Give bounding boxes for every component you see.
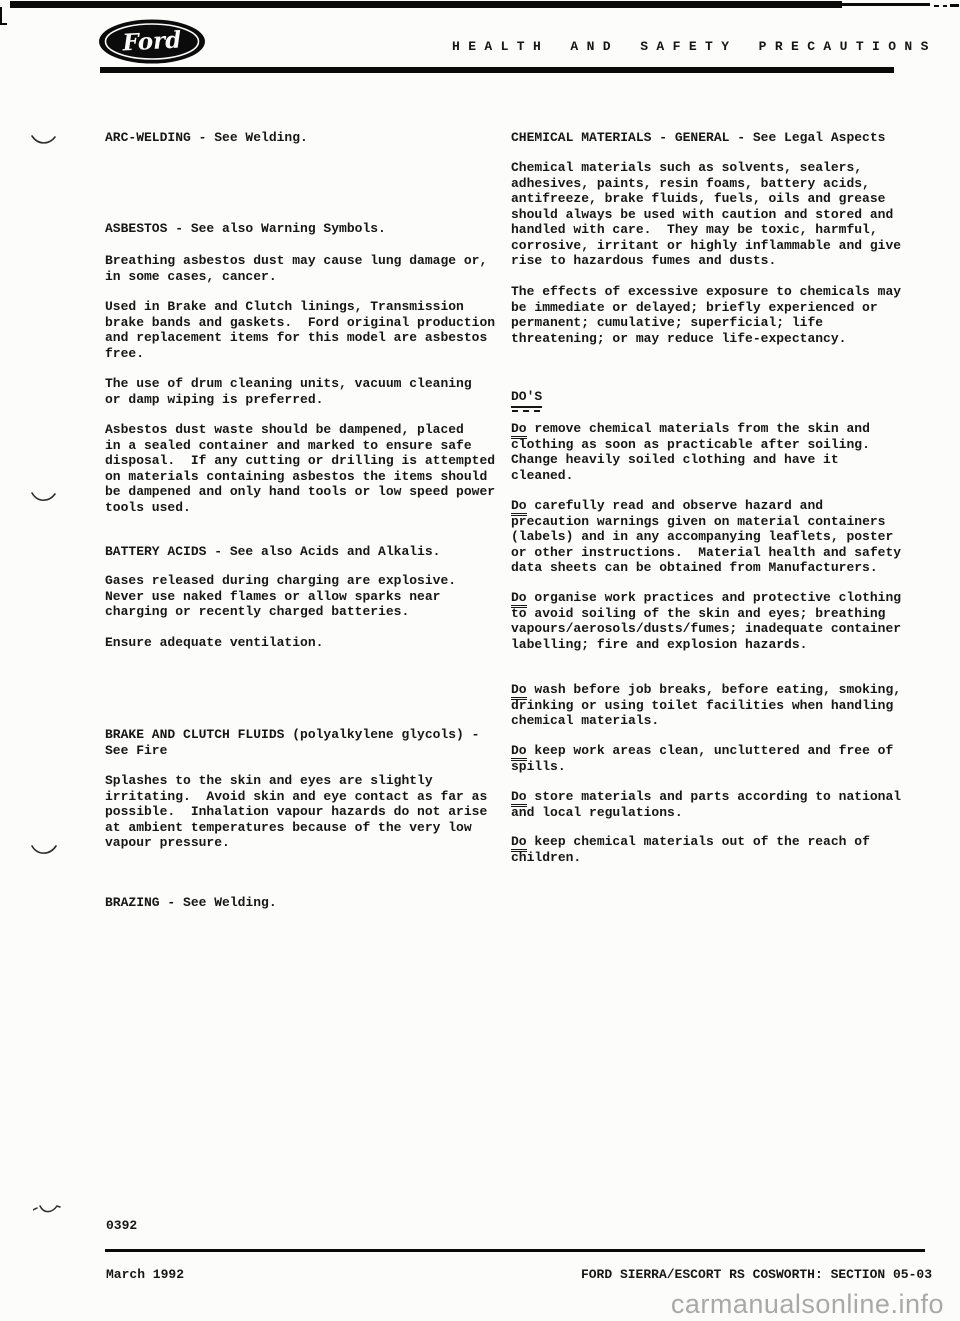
- heading-chemical-materials: CHEMICAL MATERIALS - GENERAL - See Legal…: [511, 130, 885, 146]
- underline-carryover-artifact: cl: [511, 436, 527, 452]
- top-border-bar-thin: [842, 3, 930, 6]
- ford-logo: Ford: [98, 19, 206, 69]
- para-battery-ventilation: Ensure adequate ventilation.: [105, 635, 323, 651]
- para-chemical-effects: The effects of excessive exposure to che…: [511, 284, 901, 346]
- page-title: HEALTH AND SAFETY PRECAUTIONS: [452, 39, 937, 54]
- para-asbestos-cleaning: The use of drum cleaning units, vacuum c…: [105, 376, 472, 407]
- underline-carryover-artifact: pr: [511, 513, 527, 529]
- header-rule: [100, 67, 894, 73]
- para-asbestos-usage: Used in Brake and Clutch linings, Transm…: [105, 299, 495, 361]
- heading-arc-welding: ARC-WELDING - See Welding.: [105, 130, 308, 146]
- underline-carryover-artifact: sp: [511, 758, 527, 774]
- manual-page: Ford HEALTH AND SAFETY PRECAUTIONS ARC-W…: [0, 0, 960, 1321]
- heading-brake-clutch-fluids: BRAKE AND CLUTCH FLUIDS (polyalkylene gl…: [105, 727, 479, 758]
- heading-battery-acids: BATTERY ACIDS - See also Acids and Alkal…: [105, 544, 440, 560]
- top-border-dash: [950, 4, 959, 7]
- ford-logo-text: Ford: [121, 26, 182, 56]
- heading-dos: DO'S: [511, 389, 542, 408]
- para-brake-fluid-splashes: Splashes to the skin and eyes are slight…: [105, 773, 487, 851]
- para-do-store: Do store materials and parts according t…: [511, 789, 901, 820]
- margin-check-icon: [31, 842, 58, 857]
- underline-carryover-artifact: dr: [511, 697, 527, 713]
- margin-check-icon: [33, 1202, 61, 1216]
- para-asbestos-breathing: Breathing asbestos dust may cause lung d…: [105, 253, 487, 284]
- footer-date: March 1992: [106, 1267, 184, 1282]
- para-do-wash: Do wash before job breaks, before eating…: [511, 682, 901, 729]
- para-chemical-list: Chemical materials such as solvents, sea…: [511, 160, 901, 269]
- para-asbestos-disposal: Asbestos dust waste should be dampened, …: [105, 422, 495, 515]
- heading-asbestos: ASBESTOS - See also Warning Symbols.: [105, 221, 386, 237]
- para-do-remove: Do remove chemical materials from the sk…: [511, 421, 870, 483]
- scan-edge-artifact: [0, 23, 7, 25]
- footer-rule: [105, 1249, 925, 1252]
- underline-carryover-artifact: an: [511, 804, 527, 820]
- top-border-dash: [943, 5, 947, 7]
- underline-carryover-artifact: to: [511, 605, 527, 621]
- para-do-organise: Do organise work practices and protectiv…: [511, 590, 901, 652]
- para-battery-gases: Gases released during charging are explo…: [105, 573, 456, 620]
- para-do-read: Do carefully read and observe hazard and…: [511, 498, 901, 576]
- underline-carryover-artifact: ch: [511, 849, 527, 865]
- para-do-children: Do keep chemical materials out of the re…: [511, 834, 870, 865]
- margin-check-icon: [31, 134, 57, 146]
- footer-section-reference: FORD SIERRA/ESCORT RS COSWORTH: SECTION …: [581, 1267, 932, 1282]
- para-do-keep-clean: Do keep work areas clean, uncluttered an…: [511, 743, 893, 774]
- watermark-text: carmanualsonline.info: [671, 1289, 944, 1320]
- footer-page-code: 0392: [106, 1218, 137, 1233]
- heading-brazing: BRAZING - See Welding.: [105, 895, 277, 911]
- top-border-bar: [10, 1, 842, 8]
- margin-check-icon: [31, 490, 57, 504]
- top-border-dash: [934, 5, 939, 7]
